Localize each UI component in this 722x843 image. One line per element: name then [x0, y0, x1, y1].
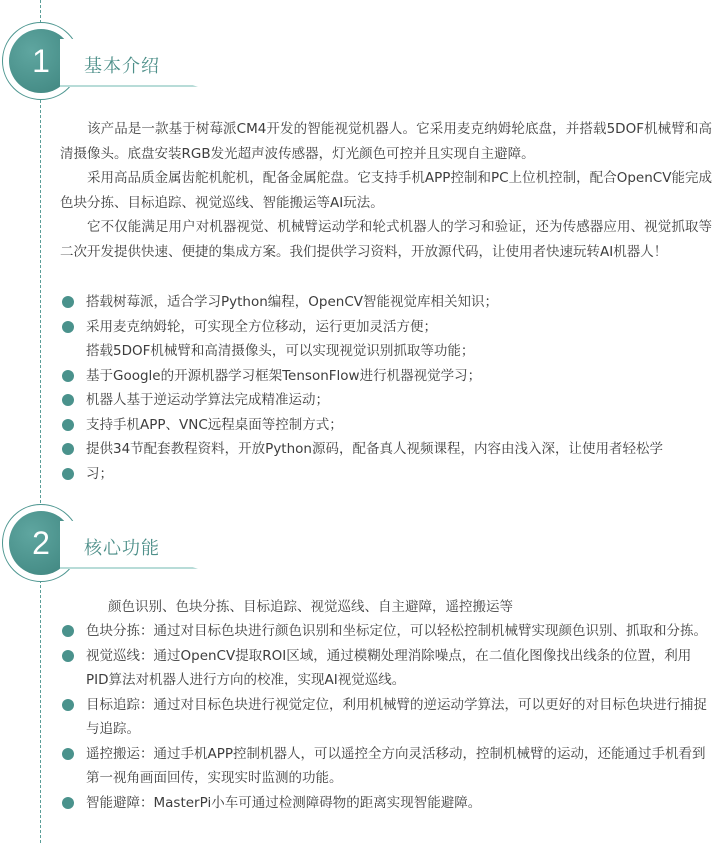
list-item-text: 视觉巡线：通过OpenCV提取ROI区域，通过模糊处理消除噪点，在二值化图像找出…	[86, 648, 691, 689]
list-item-text: 基于Google的开源机器学习框架TensonFlow进行机器视觉学习；	[86, 368, 481, 384]
list-item-text: 机器人基于逆运动学算法完成精准运动；	[86, 392, 329, 408]
list-item-text: 提供34节配套教程资料，开放Python源码，配备真人视频课程，内容由浅入深，让…	[86, 441, 663, 457]
list-item-text: 遥控搬运：通过手机APP控制机器人，可以遥控全方向灵活移动，控制机械臂的运动，还…	[86, 746, 706, 787]
section-2-header: 2 核心功能	[0, 504, 260, 594]
list-item: 基于Google的开源机器学习框架TensonFlow进行机器视觉学习；	[60, 364, 712, 389]
bullet-dot-icon	[62, 370, 74, 382]
intro-paragraph: 该产品是一款基于树莓派CM4开发的智能视觉机器人。它采用麦克纳姆轮底盘，并搭载5…	[60, 117, 712, 166]
list-item: 目标追踪：通过对目标色块进行视觉定位，利用机械臂的逆运动学算法，可以更好的对目标…	[60, 693, 712, 742]
list-item: 习；	[60, 462, 712, 487]
list-item: 搭载树莓派，适合学习Python编程，OpenCV智能视觉库相关知识；	[60, 290, 712, 315]
section-1-intro: 该产品是一款基于树莓派CM4开发的智能视觉机器人。它采用麦克纳姆轮底盘，并搭载5…	[60, 117, 712, 264]
bullet-dot-icon	[62, 650, 74, 662]
intro-paragraph: 采用高品质金属齿舵机舵机，配备金属舵盘。它支持手机APP控制和PC上位机控制，配…	[60, 166, 712, 215]
list-item: 支持手机APP、VNC远程桌面等控制方式；	[60, 413, 712, 438]
list-item-text: 采用麦克纳姆轮，可实现全方位移动，运行更加灵活方便；	[86, 319, 437, 335]
list-item-text: 目标追踪：通过对目标色块进行视觉定位，利用机械臂的逆运动学算法，可以更好的对目标…	[86, 697, 707, 738]
bullet-dot-icon	[62, 748, 74, 760]
list-item: 搭载5DOF机械臂和高清摄像头，可以实现视觉识别抓取等功能；	[60, 339, 712, 364]
bullet-dot-icon	[62, 394, 74, 406]
section-1-feature-list: 搭载树莓派，适合学习Python编程，OpenCV智能视觉库相关知识； 采用麦克…	[60, 290, 712, 486]
list-item: 遥控搬运：通过手机APP控制机器人，可以遥控全方向灵活移动，控制机械臂的运动，还…	[60, 742, 712, 791]
list-item: 采用麦克纳姆轮，可实现全方位移动，运行更加灵活方便；	[60, 315, 712, 340]
list-item-text: 支持手机APP、VNC远程桌面等控制方式；	[86, 417, 343, 433]
list-item: 智能避障：MasterPi小车可通过检测障碍物的距离实现智能避障。	[60, 791, 712, 816]
list-item: 色块分拣：通过对目标色块进行颜色识别和坐标定位，可以轻松控制机械臂实现颜色识别、…	[60, 619, 712, 644]
list-item-text: 搭载5DOF机械臂和高清摄像头，可以实现视觉识别抓取等功能；	[86, 343, 474, 359]
section-1-header: 1 基本介绍	[0, 22, 260, 112]
bullet-dot-icon	[62, 296, 74, 308]
list-item-text: 色块分拣：通过对目标色块进行颜色识别和坐标定位，可以轻松控制机械臂实现颜色识别、…	[86, 623, 707, 639]
list-item-text: 搭载树莓派，适合学习Python编程，OpenCV智能视觉库相关知识；	[86, 294, 498, 310]
intro-paragraph: 它不仅能满足用户对机器视觉、机械臂运动学和轮式机器人的学习和验证，还为传感器应用…	[60, 215, 712, 264]
bullet-dot-icon	[62, 699, 74, 711]
bullet-dot-icon	[62, 797, 74, 809]
section-2-summary: 颜色识别、色块分拣、目标追踪、视觉巡线、自主避障，遥控搬运等	[108, 595, 708, 620]
bullet-dot-icon	[62, 321, 74, 333]
list-item-text: 智能避障：MasterPi小车可通过检测障碍物的距离实现智能避障。	[86, 795, 481, 811]
bullet-dot-icon	[62, 625, 74, 637]
section-2-title: 核心功能	[84, 534, 160, 560]
bullet-dot-icon	[62, 443, 74, 455]
list-item-text: 习；	[86, 466, 113, 482]
bullet-dot-icon	[62, 468, 74, 480]
section-1-title: 基本介绍	[84, 52, 160, 78]
bullet-dot-icon	[62, 419, 74, 431]
list-item: 视觉巡线：通过OpenCV提取ROI区域，通过模糊处理消除噪点，在二值化图像找出…	[60, 644, 712, 693]
section-2-feature-list: 色块分拣：通过对目标色块进行颜色识别和坐标定位，可以轻松控制机械臂实现颜色识别、…	[60, 619, 712, 815]
timeline-dotted-line	[40, 0, 41, 843]
list-item: 提供34节配套教程资料，开放Python源码，配备真人视频课程，内容由浅入深，让…	[60, 437, 712, 462]
list-item: 机器人基于逆运动学算法完成精准运动；	[60, 388, 712, 413]
